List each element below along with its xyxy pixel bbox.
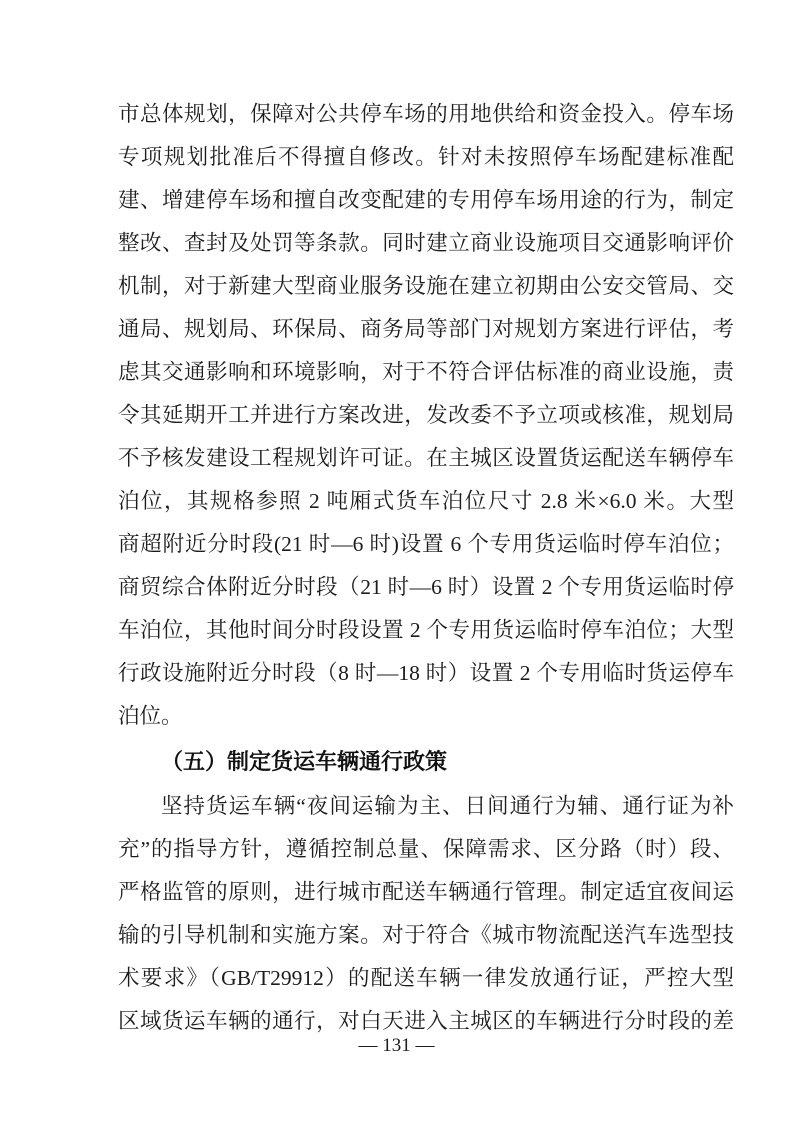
body-text-line: 术要求》（GB/T29912）的配送车辆一律发放通行证，严控大型 <box>118 957 734 1000</box>
body-text-line: 充”的指导方针，遵循控制总量、保障需求、区分路（时）段、 <box>118 828 734 871</box>
body-text-line: 严格监管的原则，进行城市配送车辆通行管理。制定适宜夜间运 <box>118 871 734 914</box>
page-number: — 131 — <box>0 1033 793 1059</box>
body-text-line: 商贸综合体附近分时段（21 时—6 时）设置 2 个专用货运临时停 <box>118 566 734 609</box>
body-text-line: 泊位，其规格参照 2 吨厢式货车泊位尺寸 2.8 米×6.0 米。大型 <box>118 480 734 523</box>
body-text-line: 虑其交通影响和环境影响，对于不符合评估标准的商业设施，责 <box>118 351 734 394</box>
body-text-line: 建、增建停车场和擅自改变配建的专用停车场用途的行为，制定 <box>118 179 734 222</box>
body-text-line: 商超附近分时段(21 时—6 时)设置 6 个专用货运临时停车泊位； <box>118 523 734 566</box>
body-text-line: 输的引导机制和实施方案。对于符合《城市物流配送汽车选型技 <box>118 914 734 957</box>
body-text-line: 整改、查封及处罚等条款。同时建立商业设施项目交通影响评价 <box>118 222 734 265</box>
section-heading: （五）制定货运车辆通行政策 <box>118 740 734 783</box>
main-text-block: 市总体规划，保障对公共停车场的用地供给和资金投入。停车场 专项规划批准后不得擅自… <box>118 93 734 1043</box>
body-text-line: 不予核发建设工程规划许可证。在主城区设置货运配送车辆停车 <box>118 437 734 480</box>
body-text-line: 坚持货运车辆“夜间运输为主、日间通行为辅、通行证为补 <box>118 785 734 828</box>
document-page: 市总体规划，保障对公共停车场的用地供给和资金投入。停车场 专项规划批准后不得擅自… <box>0 0 793 1122</box>
body-text-line: 令其延期开工并进行方案改进，发改委不予立项或核准，规划局 <box>118 394 734 437</box>
body-text-line: 专项规划批准后不得擅自修改。针对未按照停车场配建标准配 <box>118 136 734 179</box>
body-text-line: 行政设施附近分时段（8 时—18 时）设置 2 个专用临时货运停车 <box>118 652 734 695</box>
body-text-line: 通局、规划局、环保局、商务局等部门对规划方案进行评估，考 <box>118 308 734 351</box>
body-text-line: 泊位。 <box>118 695 734 738</box>
body-text-line: 市总体规划，保障对公共停车场的用地供给和资金投入。停车场 <box>118 93 734 136</box>
body-text-line: 车泊位，其他时间分时段设置 2 个专用货运临时停车泊位；大型 <box>118 609 734 652</box>
body-text-line: 机制，对于新建大型商业服务设施在建立初期由公安交管局、交 <box>118 265 734 308</box>
